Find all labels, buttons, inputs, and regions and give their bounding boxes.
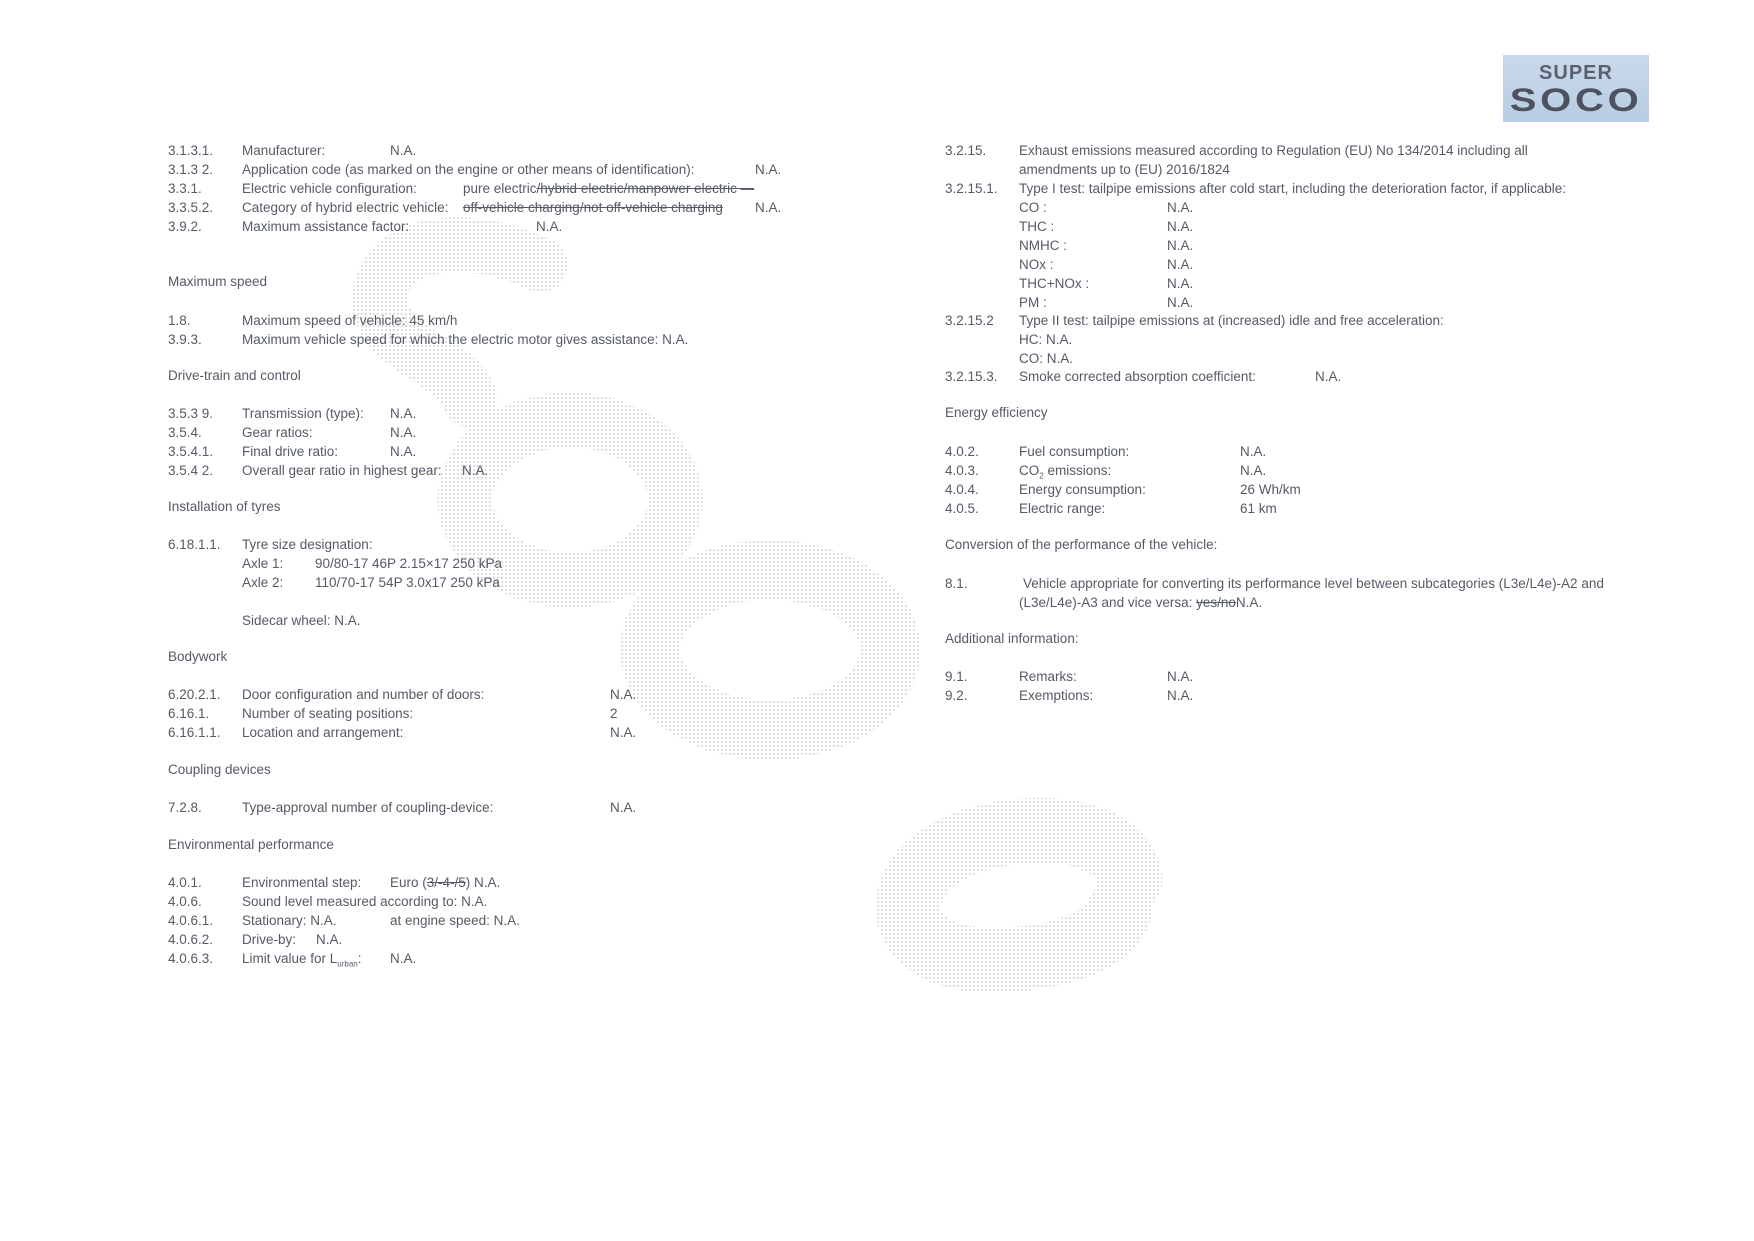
heading-conversion: Conversion of the performance of the veh… — [945, 537, 1217, 552]
super-soco-logo: SUPER SOCO — [1503, 55, 1649, 122]
heading-tyres: Installation of tyres — [168, 499, 281, 514]
heading-drivetrain: Drive-train and control — [168, 368, 301, 383]
heading-coupling: Coupling devices — [168, 762, 271, 777]
logo-super-text: SUPER — [1539, 62, 1613, 84]
heading-energy: Energy efficiency — [945, 405, 1048, 420]
heading-bodywork: Bodywork — [168, 649, 227, 664]
heading-environmental: Environmental performance — [168, 837, 334, 852]
heading-additional: Additional information: — [945, 631, 1079, 646]
heading-maximum-speed: Maximum speed — [168, 274, 267, 289]
logo-soco-text: SOCO — [1510, 84, 1643, 116]
